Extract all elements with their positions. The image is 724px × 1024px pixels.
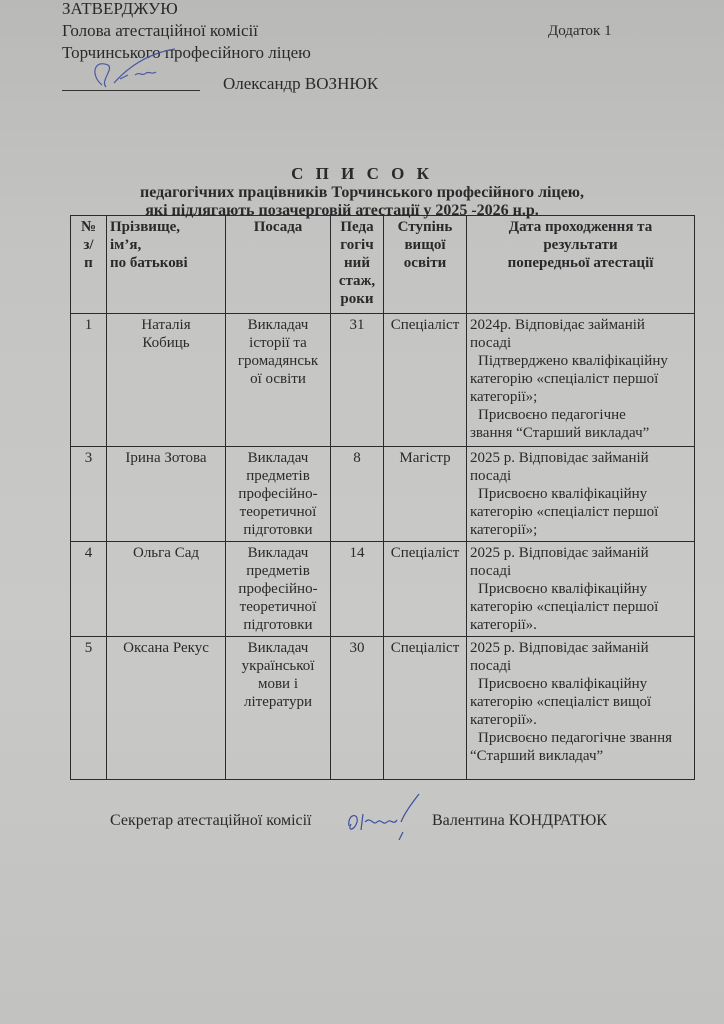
- text-line: професійно-: [229, 580, 327, 598]
- approved-label: ЗАТВЕРДЖУЮ: [62, 0, 311, 20]
- text-line: Викладач: [229, 639, 327, 657]
- text-line: Кобиць: [110, 334, 222, 352]
- text-line: Дата проходження та: [470, 218, 691, 236]
- row-name: Ірина Зотова: [107, 447, 226, 542]
- text-line: №: [74, 218, 103, 236]
- text-line: предметів: [229, 562, 327, 580]
- text-line: Присвоєно кваліфікаційну: [470, 580, 691, 598]
- text-line: української: [229, 657, 327, 675]
- text-line: Присвоєно педагогічне: [470, 406, 691, 424]
- table-row: 5 Оксана Рекус Викладачукраїнськоїмови і…: [71, 637, 695, 780]
- text-line: Викладач: [229, 316, 327, 334]
- row-degree: Магістр: [384, 447, 467, 542]
- text-line: теоретичної: [229, 598, 327, 616]
- text-line: 2025 р. Відповідає займаній: [470, 639, 691, 657]
- row-position: Викладачпредметівпрофесійно-теоретичноїп…: [226, 447, 331, 542]
- text-line: Присвоєно кваліфікаційну: [470, 675, 691, 693]
- text-line: Ірина Зотова: [110, 449, 222, 467]
- header-degree: Ступіньвищоїосвіти: [384, 216, 467, 314]
- text-line: Оксана Рекус: [110, 639, 222, 657]
- row-degree: Спеціаліст: [384, 314, 467, 447]
- table-header-row: №з/п Прізвище,ім’я,по батькові Посада Пе…: [71, 216, 695, 314]
- text-line: роки: [334, 290, 380, 308]
- row-result: 2025 р. Відповідає займанійпосадіПрисвоє…: [467, 447, 695, 542]
- text-line: історії та: [229, 334, 327, 352]
- row-name: НаталіяКобиць: [107, 314, 226, 447]
- text-line: Присвоєно кваліфікаційну: [470, 485, 691, 503]
- secretary-signature-icon: [343, 792, 428, 842]
- text-line: мови і: [229, 675, 327, 693]
- text-line: громадянськ: [229, 352, 327, 370]
- header-num: №з/п: [71, 216, 107, 314]
- text-line: “Старший викладач”: [470, 747, 691, 765]
- text-line: Прізвище,: [110, 218, 222, 236]
- document-subtitle-1: педагогічних працівників Торчинського пр…: [0, 184, 724, 202]
- header-attestation: Дата проходження тарезультатипопередньої…: [467, 216, 695, 314]
- text-line: посаді: [470, 467, 691, 485]
- text-line: Підтверджено кваліфікаційну: [470, 352, 691, 370]
- text-line: посаді: [470, 657, 691, 675]
- text-line: звання “Старший викладач”: [470, 424, 691, 442]
- text-line: ім’я,: [110, 236, 222, 254]
- staff-table: №з/п Прізвище,ім’я,по батькові Посада Пе…: [70, 215, 695, 780]
- text-line: Наталія: [110, 316, 222, 334]
- document-title: С П И С О К: [0, 164, 724, 184]
- text-line: стаж,: [334, 272, 380, 290]
- text-line: літератури: [229, 693, 327, 711]
- secretary-name: Валентина КОНДРАТЮК: [432, 812, 607, 830]
- text-line: 2024р. Відповідає займаній: [470, 316, 691, 334]
- text-line: ний: [334, 254, 380, 272]
- text-line: теоретичної: [229, 503, 327, 521]
- row-position: Викладачпредметівпрофесійно-теоретичноїп…: [226, 542, 331, 637]
- text-line: попередньої атестації: [470, 254, 691, 272]
- text-line: категорії»;: [470, 388, 691, 406]
- row-num: 1: [71, 314, 107, 447]
- text-line: Ступінь: [387, 218, 463, 236]
- row-degree: Спеціаліст: [384, 637, 467, 780]
- table-row: 1 НаталіяКобиць Викладачісторії тагромад…: [71, 314, 695, 447]
- row-name: Оксана Рекус: [107, 637, 226, 780]
- text-line: категорію «спеціаліст першої: [470, 598, 691, 616]
- header-experience: Педагогічнийстаж,роки: [331, 216, 384, 314]
- text-line: 2025 р. Відповідає займаній: [470, 544, 691, 562]
- text-line: з/: [74, 236, 103, 254]
- text-line: вищої: [387, 236, 463, 254]
- text-line: категорію «спеціаліст першої: [470, 370, 691, 388]
- approval-line-1: Голова атестаційної комісії: [62, 20, 311, 42]
- text-line: гогіч: [334, 236, 380, 254]
- text-line: Викладач: [229, 449, 327, 467]
- text-line: категорії».: [470, 616, 691, 634]
- text-line: категорію «спеціаліст вищої: [470, 693, 691, 711]
- text-line: категорію «спеціаліст першої: [470, 503, 691, 521]
- text-line: 2025 р. Відповідає займаній: [470, 449, 691, 467]
- row-experience: 8: [331, 447, 384, 542]
- text-line: підготовки: [229, 616, 327, 634]
- row-position: Викладачукраїнськоїмови ілітератури: [226, 637, 331, 780]
- text-line: освіти: [387, 254, 463, 272]
- row-result: 2025 р. Відповідає займанійпосадіПрисвоє…: [467, 637, 695, 780]
- text-line: результати: [470, 236, 691, 254]
- row-degree: Спеціаліст: [384, 542, 467, 637]
- text-line: категорії»;: [470, 521, 691, 539]
- text-line: предметів: [229, 467, 327, 485]
- text-line: п: [74, 254, 103, 272]
- text-line: категорії».: [470, 711, 691, 729]
- text-line: Викладач: [229, 544, 327, 562]
- row-position: Викладачісторії тагромадянської освіти: [226, 314, 331, 447]
- row-name: Ольга Сад: [107, 542, 226, 637]
- row-experience: 30: [331, 637, 384, 780]
- header-position: Посада: [226, 216, 331, 314]
- text-line: посаді: [470, 334, 691, 352]
- annex-label: Додаток 1: [548, 23, 612, 40]
- row-result: 2024р. Відповідає займанійпосадіПідтверд…: [467, 314, 695, 447]
- text-line: Ольга Сад: [110, 544, 222, 562]
- row-experience: 31: [331, 314, 384, 447]
- table-row: 3 Ірина Зотова Викладачпредметівпрофесій…: [71, 447, 695, 542]
- row-experience: 14: [331, 542, 384, 637]
- text-line: ої освіти: [229, 370, 327, 388]
- row-num: 4: [71, 542, 107, 637]
- text-line: Присвоєно педагогічне звання: [470, 729, 691, 747]
- text-line: посаді: [470, 562, 691, 580]
- head-signature-icon: [80, 45, 190, 95]
- row-result: 2025 р. Відповідає займанійпосадіПрисвоє…: [467, 542, 695, 637]
- secretary-role: Секретар атестаційної комісії: [110, 812, 312, 830]
- header-name: Прізвище,ім’я,по батькові: [107, 216, 226, 314]
- table-row: 4 Ольга Сад Викладачпредметівпрофесійно-…: [71, 542, 695, 637]
- head-name: Олександр ВОЗНЮК: [223, 74, 378, 94]
- row-num: 3: [71, 447, 107, 542]
- text-line: підготовки: [229, 521, 327, 539]
- text-line: по батькові: [110, 254, 222, 272]
- text-line: Педа: [334, 218, 380, 236]
- text-line: професійно-: [229, 485, 327, 503]
- row-num: 5: [71, 637, 107, 780]
